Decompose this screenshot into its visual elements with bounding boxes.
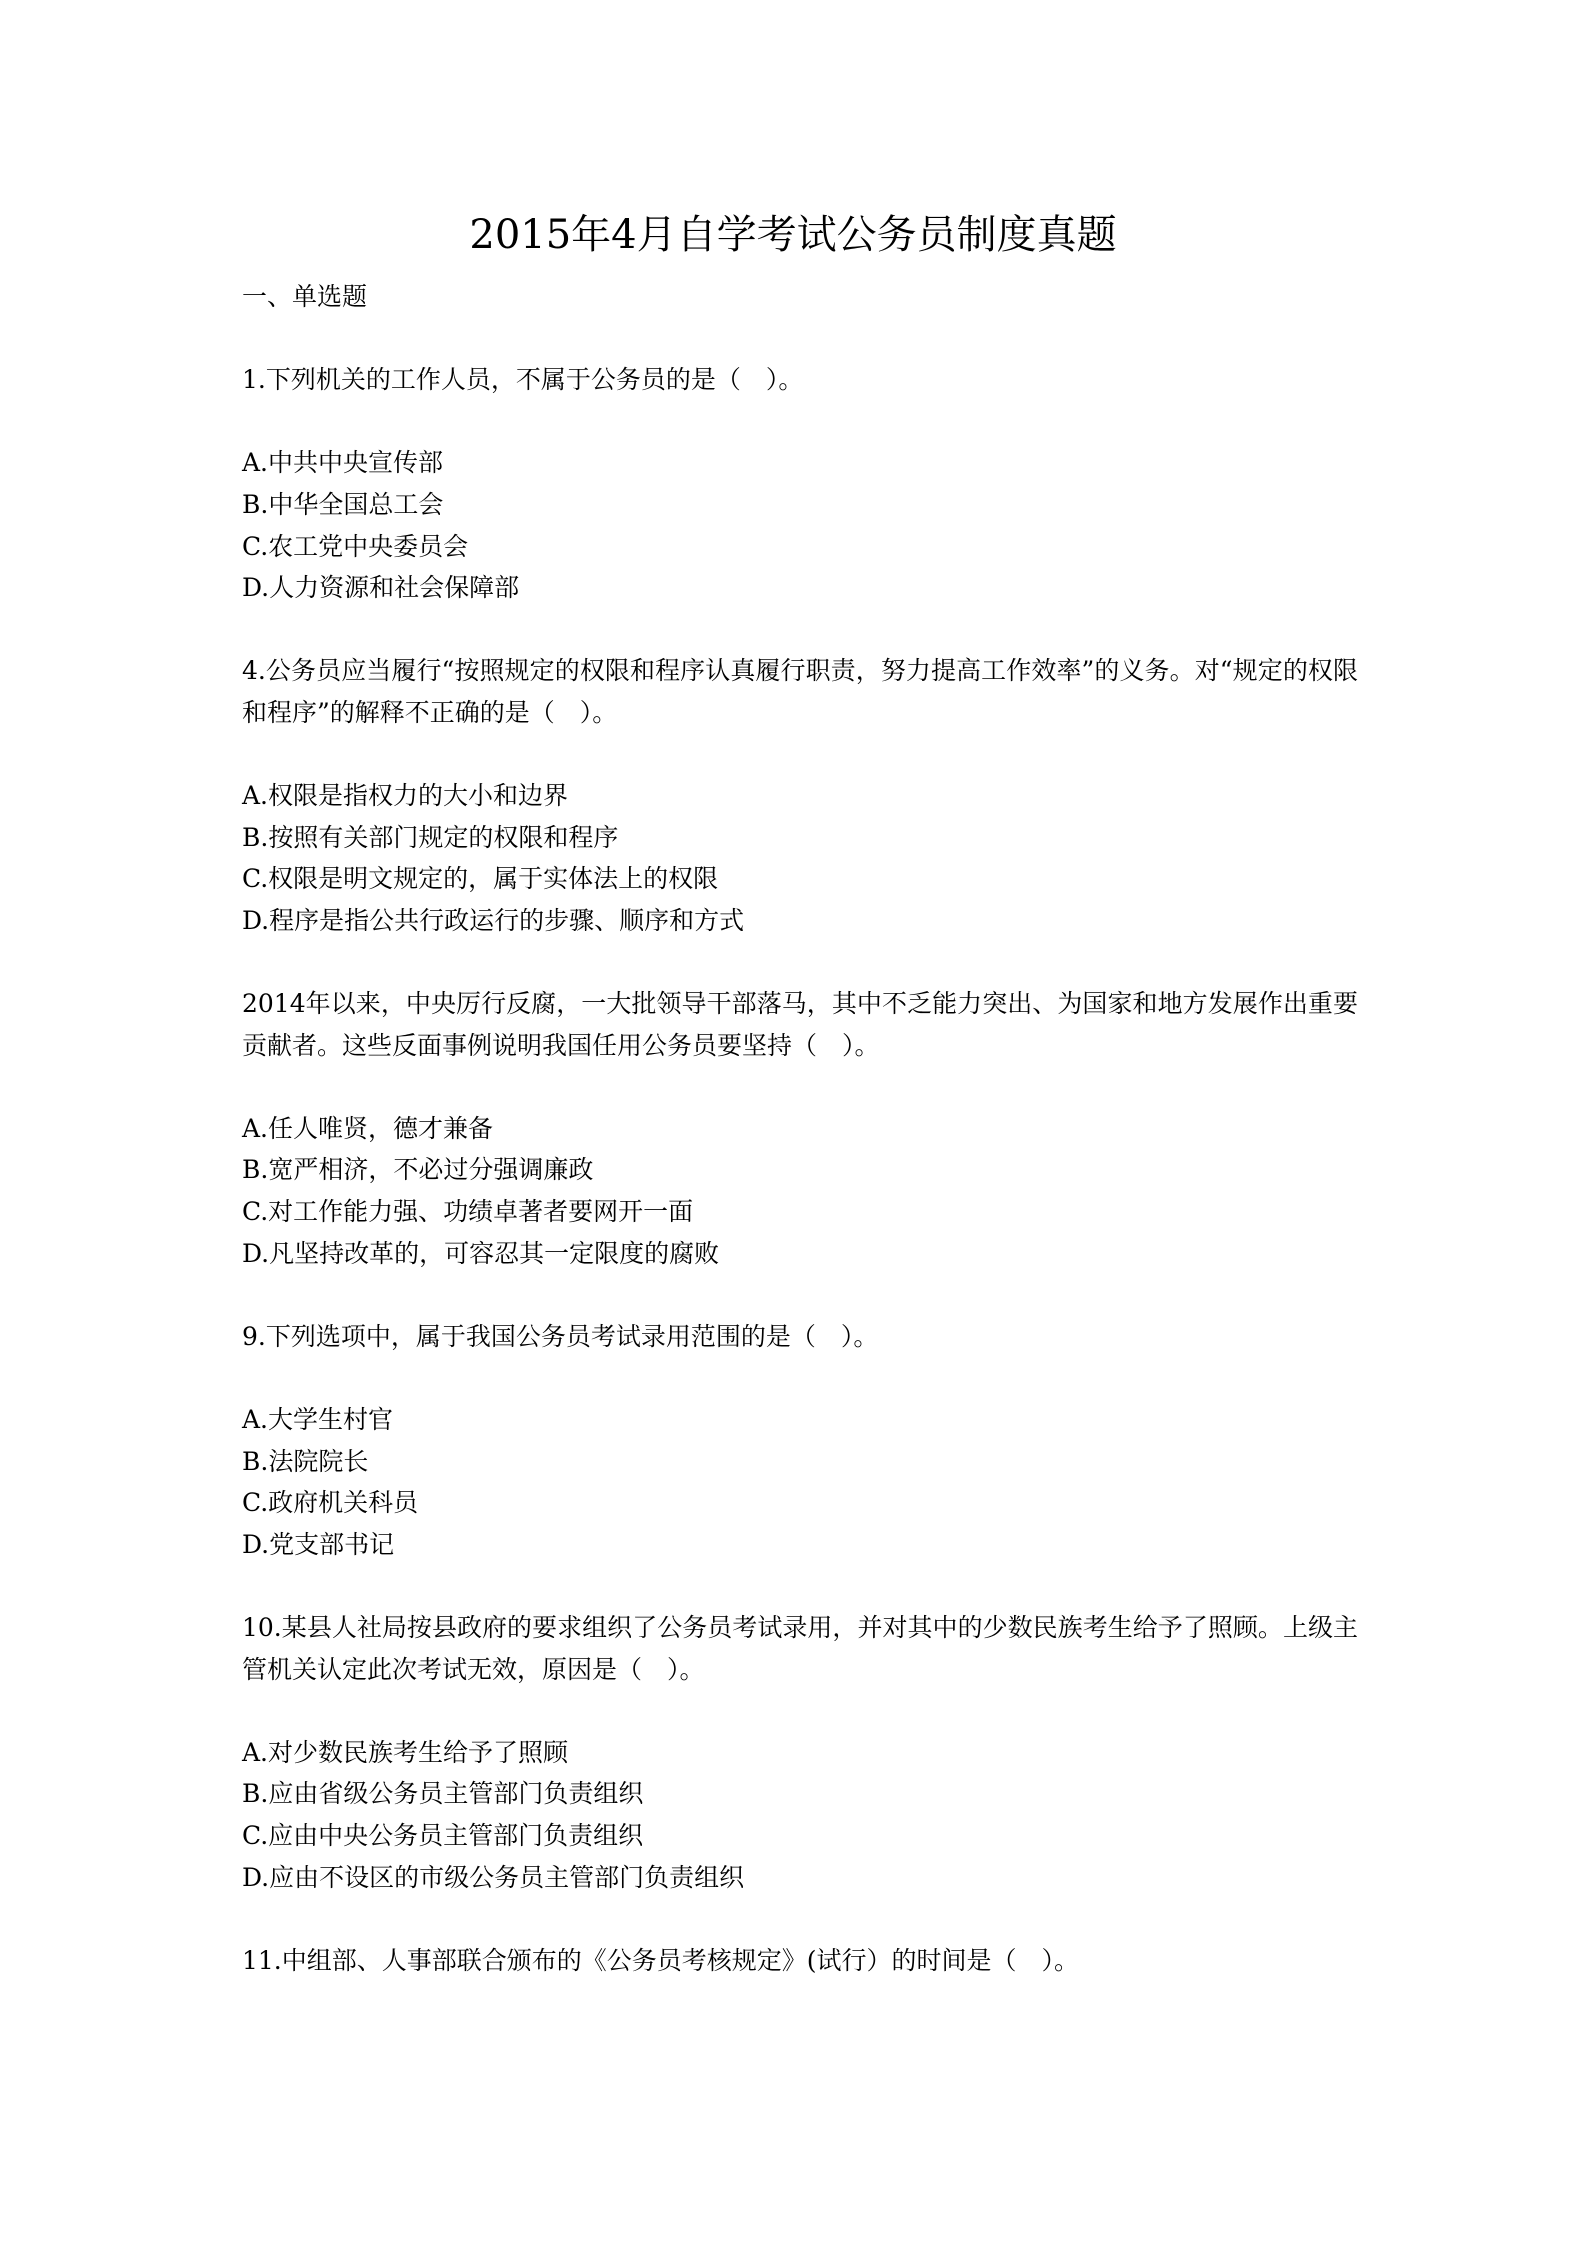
question-stem: 2014年以来，中央厉行反腐，一大批领导干部落马，其中不乏能力突出、为国家和地方… [242,983,1358,1066]
question-stem: 9.下列选项中，属于我国公务员考试录用范围的是（ ）。 [242,1316,1358,1358]
document-page: 2015年4月自学考试公务员制度真题 一、单选题 1.下列机关的工作人员，不属于… [0,0,1586,2244]
spacer [242,1690,1358,1732]
spacer [242,609,1358,651]
question-4: 4.公务员应当履行“按照规定的权限和程序认真履行职责，努力提高工作效率”的义务。… [242,650,1358,941]
option-c: C.政府机关科员 [242,1482,1358,1524]
options-list: A.中共中央宣传部 B.中华全国总工会 C.农工党中央委员会 D.人力资源和社会… [242,442,1358,608]
spacer [242,1274,1358,1316]
option-d: D.应由不设区的市级公务员主管部门负责组织 [242,1857,1358,1899]
option-d: D.党支部书记 [242,1524,1358,1566]
options-list: A.大学生村官 B.法院院长 C.政府机关科员 D.党支部书记 [242,1399,1358,1565]
option-d: D.凡坚持改革的，可容忍其一定限度的腐败 [242,1233,1358,1275]
options-list: A.权限是指权力的大小和边界 B.按照有关部门规定的权限和程序 C.权限是明文规… [242,775,1358,941]
option-a: A.任人唯贤，德才兼备 [242,1108,1358,1150]
section-header: 一、单选题 [242,276,1358,318]
question-stem: 10.某县人社局按县政府的要求组织了公务员考试录用，并对其中的少数民族考生给予了… [242,1607,1358,1690]
option-c: C.应由中央公务员主管部门负责组织 [242,1815,1358,1857]
option-a: A.对少数民族考生给予了照顾 [242,1732,1358,1774]
option-b: B.应由省级公务员主管部门负责组织 [242,1773,1358,1815]
question-9: 9.下列选项中，属于我国公务员考试录用范围的是（ ）。 A.大学生村官 B.法院… [242,1316,1358,1566]
option-b: B.宽严相济，不必过分强调廉政 [242,1149,1358,1191]
options-list: A.任人唯贤，德才兼备 B.宽严相济，不必过分强调廉政 C.对工作能力强、功绩卓… [242,1108,1358,1274]
option-b: B.中华全国总工会 [242,484,1358,526]
option-a: A.大学生村官 [242,1399,1358,1441]
option-a: A.中共中央宣传部 [242,442,1358,484]
spacer [242,734,1358,776]
spacer [242,318,1358,360]
option-c: C.对工作能力强、功绩卓著者要网开一面 [242,1191,1358,1233]
option-d: D.程序是指公共行政运行的步骤、顺序和方式 [242,900,1358,942]
option-c: C.农工党中央委员会 [242,526,1358,568]
option-b: B.法院院长 [242,1441,1358,1483]
option-c: C.权限是明文规定的，属于实体法上的权限 [242,858,1358,900]
option-d: D.人力资源和社会保障部 [242,567,1358,609]
question-1: 1.下列机关的工作人员，不属于公务员的是（ ）。 A.中共中央宣传部 B.中华全… [242,359,1358,609]
question-stem: 4.公务员应当履行“按照规定的权限和程序认真履行职责，努力提高工作效率”的义务。… [242,650,1358,733]
spacer [242,1565,1358,1607]
option-a: A.权限是指权力的大小和边界 [242,775,1358,817]
document-title: 2015年4月自学考试公务员制度真题 [0,206,1586,264]
spacer [242,942,1358,984]
spacer [242,1357,1358,1399]
question-10: 10.某县人社局按县政府的要求组织了公务员考试录用，并对其中的少数民族考生给予了… [242,1607,1358,1898]
question-anti-corruption: 2014年以来，中央厉行反腐，一大批领导干部落马，其中不乏能力突出、为国家和地方… [242,983,1358,1274]
options-list: A.对少数民族考生给予了照顾 B.应由省级公务员主管部门负责组织 C.应由中央公… [242,1732,1358,1898]
question-stem: 1.下列机关的工作人员，不属于公务员的是（ ）。 [242,359,1358,401]
question-stem: 11.中组部、人事部联合颁布的《公务员考核规定》(试行）的时间是（ ）。 [242,1940,1358,1982]
spacer [242,1898,1358,1940]
document-body: 一、单选题 1.下列机关的工作人员，不属于公务员的是（ ）。 A.中共中央宣传部… [242,276,1358,1981]
question-11: 11.中组部、人事部联合颁布的《公务员考核规定》(试行）的时间是（ ）。 [242,1940,1358,1982]
spacer [242,401,1358,443]
spacer [242,1066,1358,1108]
option-b: B.按照有关部门规定的权限和程序 [242,817,1358,859]
